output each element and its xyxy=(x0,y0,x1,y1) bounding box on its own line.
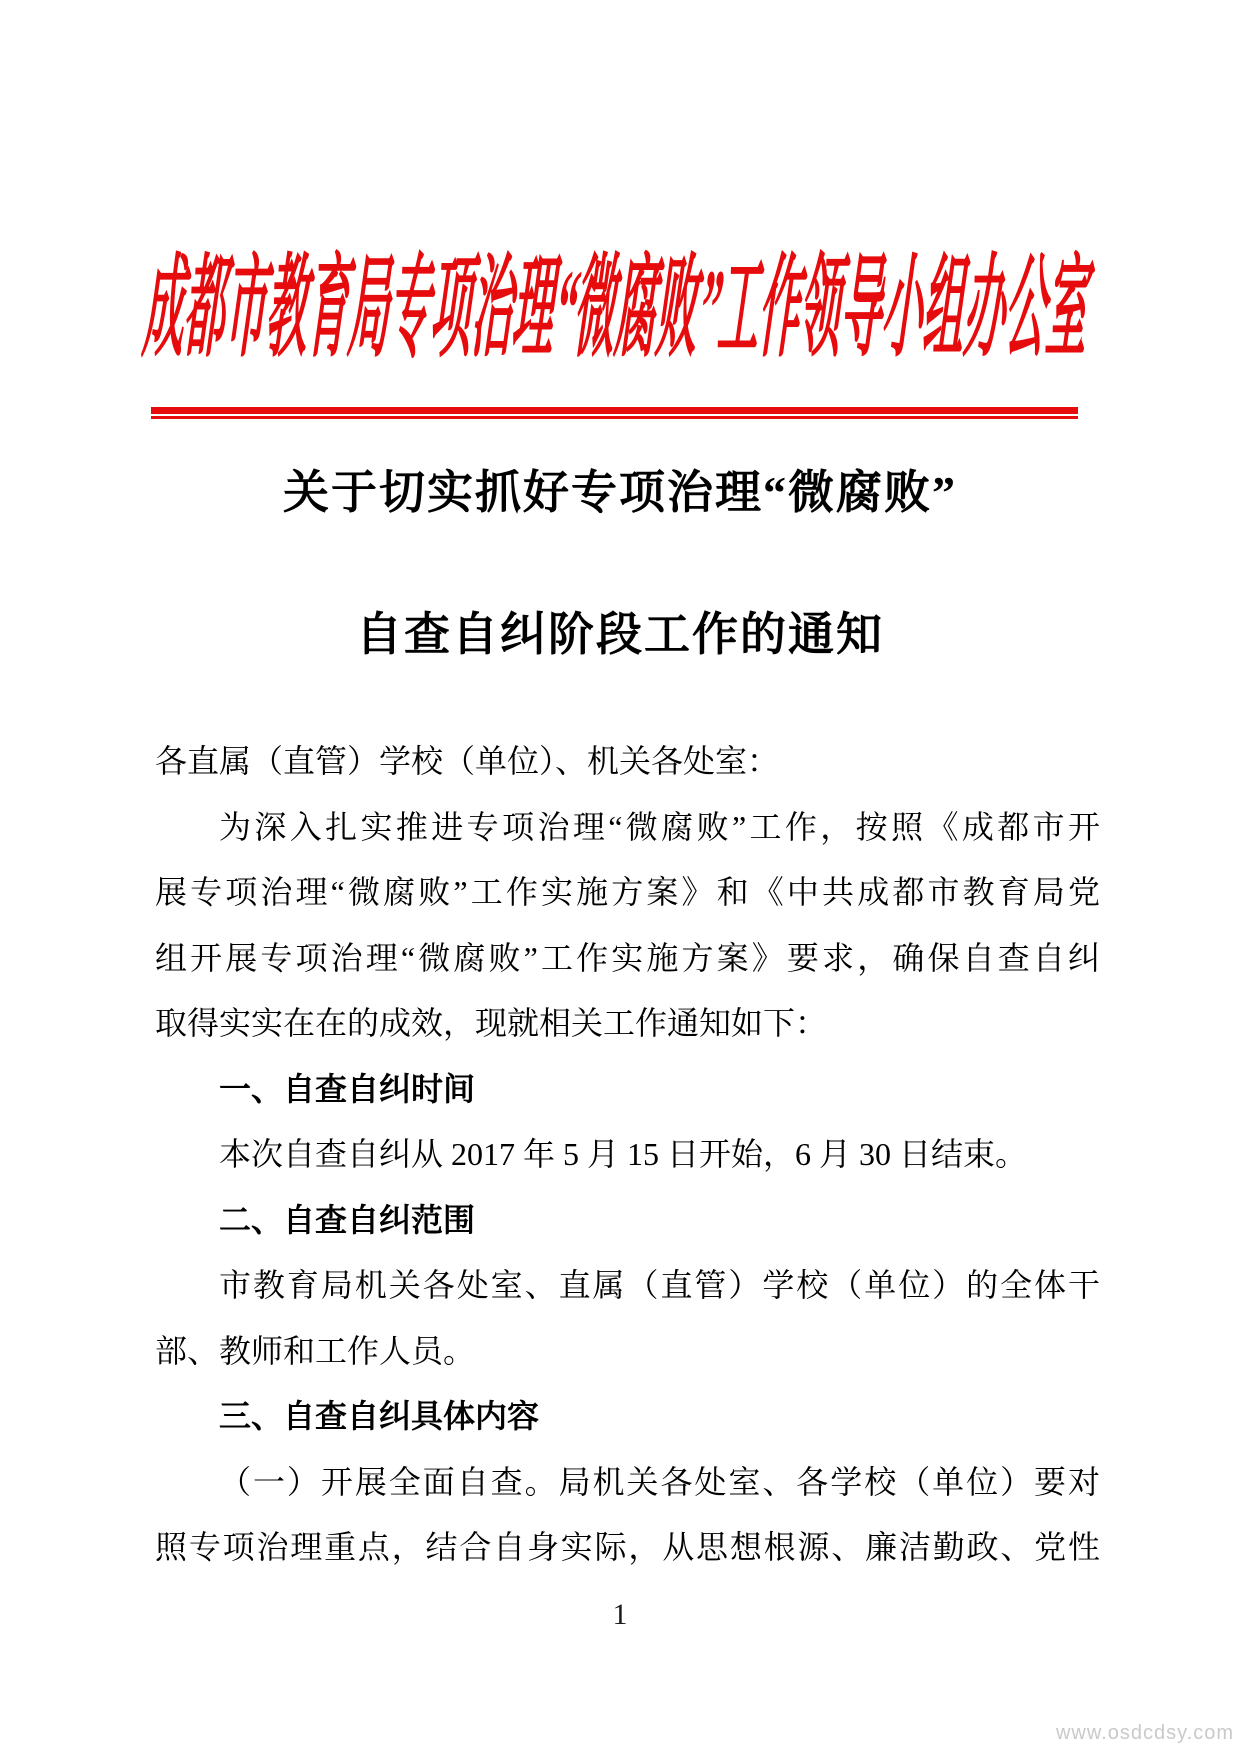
body-line: （一）开展全面自查。局机关各处室、各学校（单位）要对 xyxy=(155,1450,1100,1516)
rule-thin-bar xyxy=(151,416,1078,419)
document-title-line-2: 自查自纠阶段工作的通知 xyxy=(0,598,1240,664)
letterhead-rule xyxy=(151,407,1078,419)
document-page: 成都市教育局专项治理“微腐败”工作领导小组办公室 关于切实抓好专项治理“微腐败”… xyxy=(0,0,1240,1754)
letterhead: 成都市教育局专项治理“微腐败”工作领导小组办公室 xyxy=(130,228,1110,373)
body-line: 照专项治理重点，结合自身实际，从思想根源、廉洁勤政、党性 xyxy=(155,1515,1100,1581)
body-line: 本次自查自纠从 2017 年 5 月 15 日开始，6 月 30 日结束。 xyxy=(155,1122,1100,1188)
section-heading: 三、自查自纠具体内容 xyxy=(155,1384,1100,1450)
watermark: www.osdcdsy.com xyxy=(1056,1722,1234,1745)
section-heading: 二、自查自纠范围 xyxy=(155,1188,1100,1254)
body-line: 展专项治理“微腐败”工作实施方案》和《中共成都市教育局党 xyxy=(155,860,1100,926)
document-body: 各直属（直管）学校（单位）、机关各处室：为深入扎实推进专项治理“微腐败”工作，按… xyxy=(155,729,1100,1581)
rule-thick-bar xyxy=(151,407,1078,414)
body-line: 各直属（直管）学校（单位）、机关各处室： xyxy=(155,729,1100,795)
body-line: 市教育局机关各处室、直属（直管）学校（单位）的全体干 xyxy=(155,1253,1100,1319)
section-heading: 一、自查自纠时间 xyxy=(155,1057,1100,1123)
body-line: 为深入扎实推进专项治理“微腐败”工作，按照《成都市开 xyxy=(155,795,1100,861)
page-number: 1 xyxy=(0,1598,1240,1632)
body-line: 部、教师和工作人员。 xyxy=(155,1319,1100,1385)
body-line: 取得实实在在的成效，现就相关工作通知如下： xyxy=(155,991,1100,1057)
letterhead-text: 成都市教育局专项治理“微腐败”工作领导小组办公室 xyxy=(138,247,1099,370)
document-title-line-1: 关于切实抓好专项治理“微腐败” xyxy=(0,456,1240,522)
body-line: 组开展专项治理“微腐败”工作实施方案》要求，确保自查自纠 xyxy=(155,926,1100,992)
